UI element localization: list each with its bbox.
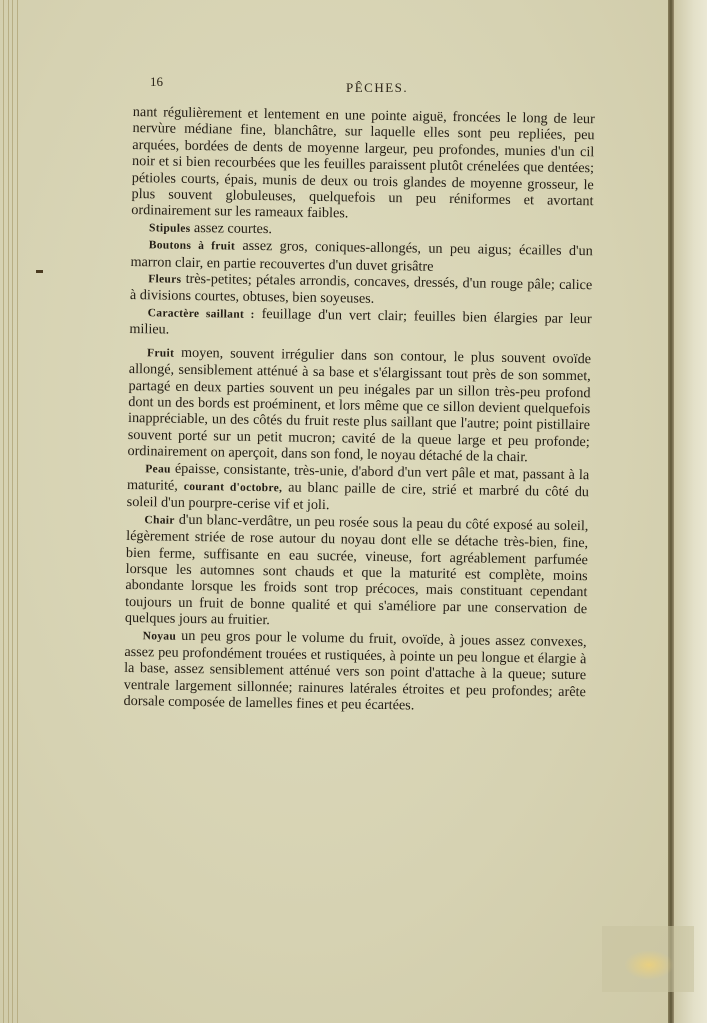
paragraph-lead: Caractère saillant : (148, 307, 255, 321)
paragraph-continuation: nant régulièrement et lentement en une p… (131, 104, 595, 226)
paragraph-lead: Stipules (149, 222, 191, 235)
paragraph-text: très-petites; pétales arrondis, concaves… (130, 271, 592, 307)
paragraph-text: assez courtes. (190, 220, 272, 237)
paragraph-text: un peu gros pour le volume du fruit, ovo… (123, 627, 586, 713)
running-title: PÊCHES. (346, 80, 408, 96)
paragraph-lead: Peau (145, 463, 171, 475)
paragraph-lead: Chair (144, 514, 174, 526)
page-header: 16 PÊCHES. (150, 74, 600, 94)
page-edges (0, 0, 22, 1023)
paragraph-chair: Chair d'un blanc-verdâtre, un peu rosée … (125, 511, 589, 634)
ink-mark (36, 270, 43, 273)
body-text: nant régulièrement et lentement en une p… (123, 104, 594, 717)
paragraph-text: moyen, souvent irrégulier dans son conto… (127, 344, 591, 465)
paragraph-lead: Boutons à fruit (149, 240, 235, 253)
paragraph-peau: Peau épaisse, consistante, très-unie, d'… (127, 459, 590, 517)
paragraph-text: nant régulièrement et lentement en une p… (131, 104, 595, 222)
paragraph-caractere: Caractère saillant : feuillage d'un vert… (129, 304, 591, 345)
book-page: 16 PÊCHES. nant régulièrement et lenteme… (0, 0, 672, 1023)
page-number: 16 (150, 74, 163, 90)
ripening-date: courant d'octobre, (184, 481, 283, 495)
photo-glare (602, 926, 694, 992)
paragraph-text: d'un blanc-verdâtre, un peu rosée sous l… (125, 511, 589, 628)
next-page-edge (674, 0, 707, 1023)
paragraph-noyau: Noyau un peu gros pour le volume du frui… (123, 627, 586, 717)
paragraph-lead: Fleurs (148, 273, 181, 286)
paragraph-fruit: Fruit moyen, souvent irrégulier dans son… (127, 344, 591, 467)
paragraph-lead: Noyau (143, 630, 177, 643)
paragraph-lead: Fruit (147, 347, 174, 359)
